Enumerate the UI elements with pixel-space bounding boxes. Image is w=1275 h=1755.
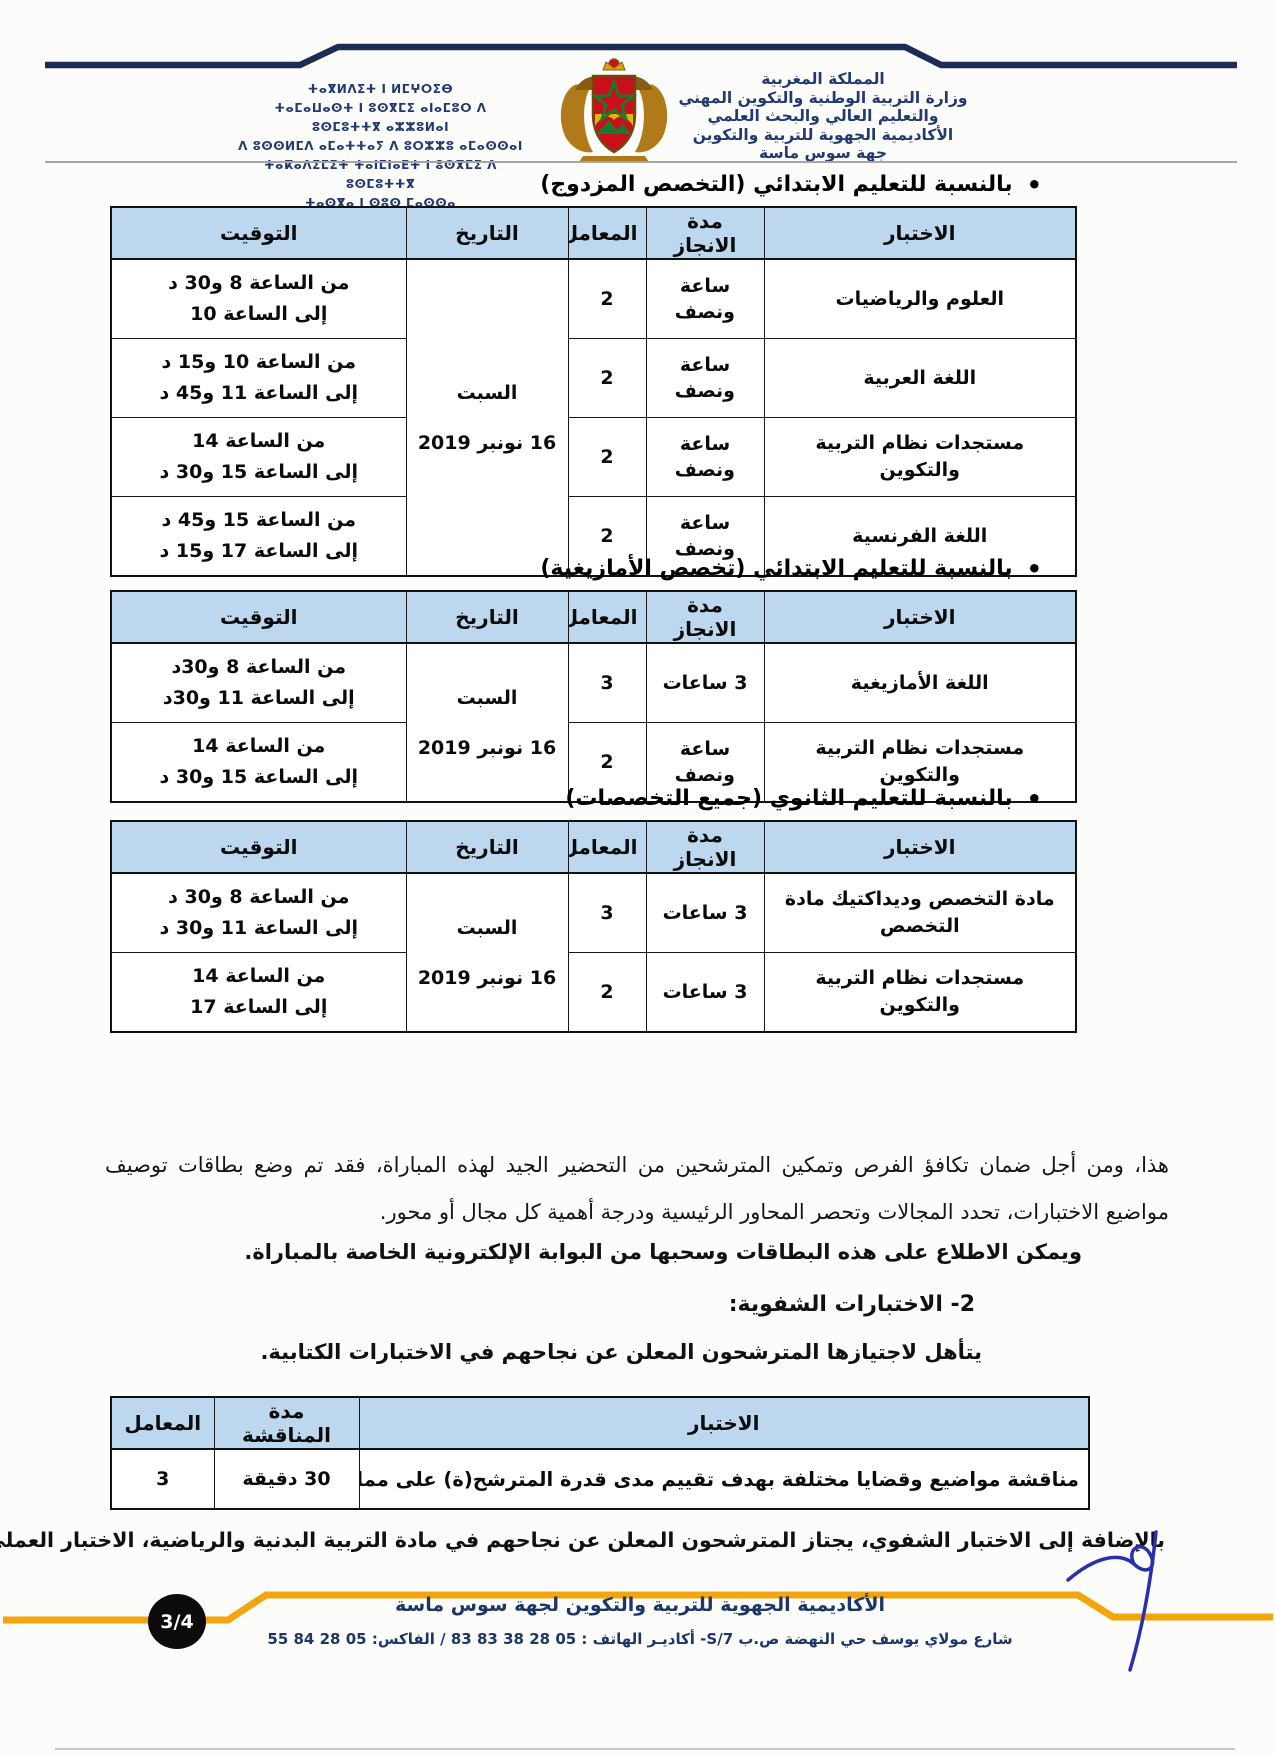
col-header-date: التاريخ xyxy=(406,207,568,259)
secondary-exam-table: الاختبار مدة الانجاز المعامل التاريخ الت… xyxy=(110,820,1077,1033)
date-cell: السبت 16 نونبر 2019 xyxy=(406,643,568,802)
bottom-scan-line xyxy=(55,1748,1235,1750)
time-cell: من الساعة 8 و30 د إلى الساعة 11 و30 د xyxy=(111,873,406,953)
exam-cell: اللغة الأمازيغية xyxy=(764,643,1076,723)
table-row: العلوم والرياضيات ساعة ونصف 2 السبت 16 ن… xyxy=(111,259,1076,339)
table-row: مناقشة مواضيع وقضايا مختلفة بهدف تقييم م… xyxy=(111,1449,1089,1509)
col-header-coef: المعامل xyxy=(568,821,646,873)
section-title-secondary: • بالنسبة للتعليم الثانوي (جميع التخصصات… xyxy=(565,786,1042,811)
coef-cell: 2 xyxy=(568,953,646,1033)
document-page: المملكة المغربية وزارة التربية الوطنية و… xyxy=(0,0,1275,1755)
time-cell: من الساعة 14 إلى الساعة 15 و30 د xyxy=(111,418,406,497)
ministry-header-tifinagh: ⵜⴰⴳⵍⴷⵉⵜ ⵏ ⵍⵎⵖⵔⵉⴱ ⵜⴰⵎⴰⵡⴰⵙⵜ ⵏ ⵓⵙⴳⵎⵉ ⴰⵏⴰⵎⵓⵔ… xyxy=(238,80,523,213)
ministry-line-tifinagh: ⵜⴰⴳⵍⴷⵉⵜ ⵏ ⵍⵎⵖⵔⵉⴱ xyxy=(238,80,523,99)
col-header-exam: الاختبار xyxy=(764,821,1076,873)
footer-academy-name: الأكاديمية الجهوية للتربية والتكوين لجهة… xyxy=(140,1594,1140,1616)
ministry-header-arabic: المملكة المغربية وزارة التربية الوطنية و… xyxy=(633,70,1013,163)
col-header-time: التوقيت xyxy=(111,821,406,873)
col-header-duration: مدة الانجاز xyxy=(646,821,764,873)
exam-cell: مادة التخصص وديداكتيك مادة التخصص xyxy=(764,873,1076,953)
oral-exams-heading: 2- الاختبارات الشفوية: xyxy=(729,1292,975,1317)
col-header-date: التاريخ xyxy=(406,821,568,873)
duration-cell: 30 دقيقة xyxy=(214,1449,359,1509)
practical-exam-note: بالإضافة إلى الاختبار الشفوي، يجتاز المت… xyxy=(0,1528,1165,1552)
duration-cell: ساعة ونصف xyxy=(646,259,764,339)
paragraph-exam-cards: هذا، ومن أجل ضمان تكافؤ الفرص وتمكين الم… xyxy=(105,1142,1169,1236)
ministry-line: المملكة المغربية xyxy=(633,70,1013,89)
table-row: مستجدات نظام التربية والتكوين 3 ساعات 2 … xyxy=(111,953,1076,1033)
oral-exam-table: الاختبار مدة المناقشة المعامل مناقشة موا… xyxy=(110,1396,1090,1510)
primary-amazigh-exam-table: الاختبار مدة الانجاز المعامل التاريخ الت… xyxy=(110,590,1077,803)
time-cell: من الساعة 10 و15 د إلى الساعة 11 و45 د xyxy=(111,339,406,418)
col-header-time: التوقيت xyxy=(111,591,406,643)
col-header-time: التوقيت xyxy=(111,207,406,259)
col-header-coef: المعامل xyxy=(568,207,646,259)
exam-cell: اللغة العربية xyxy=(764,339,1076,418)
col-header-coef: المعامل xyxy=(568,591,646,643)
primary-dual-exam-table: الاختبار مدة الانجاز المعامل التاريخ الت… xyxy=(110,206,1077,577)
section-title-text: بالنسبة للتعليم الثانوي (جميع التخصصات) xyxy=(565,786,1012,811)
duration-cell: ساعة ونصف xyxy=(646,418,764,497)
coef-cell: 3 xyxy=(568,873,646,953)
section-title-primary-amazigh: • بالنسبة للتعليم الابتدائي (تخصص الأماز… xyxy=(540,556,1042,581)
coef-cell: 2 xyxy=(568,418,646,497)
time-cell: من الساعة 8 و30د إلى الساعة 11 و30د xyxy=(111,643,406,723)
col-header-duration: مدة الانجاز xyxy=(646,591,764,643)
duration-cell: 3 ساعات xyxy=(646,873,764,953)
ministry-line-tifinagh: ⵜⴰⵎⴰⵡⴰⵙⵜ ⵏ ⵓⵙⴳⵎⵉ ⴰⵏⴰⵎⵓⵔ ⴷ ⵓⵙⵎⵓⵜⵜⴳ ⴰⵣⵣⵓⵍⴰ… xyxy=(238,99,523,137)
col-header-exam: الاختبار xyxy=(764,207,1076,259)
col-header-coef: المعامل xyxy=(111,1397,214,1449)
table-header-row: الاختبار مدة الانجاز المعامل التاريخ الت… xyxy=(111,821,1076,873)
exam-cell: مستجدات نظام التربية والتكوين xyxy=(764,418,1076,497)
col-header-discussion-duration: مدة المناقشة xyxy=(214,1397,359,1449)
table-row: اللغة العربية ساعة ونصف 2 من الساعة 10 و… xyxy=(111,339,1076,418)
table-row: اللغة الأمازيغية 3 ساعات 3 السبت 16 نونب… xyxy=(111,643,1076,723)
table-row: مستجدات نظام التربية والتكوين ساعة ونصف … xyxy=(111,418,1076,497)
ministry-line-tifinagh: ⴷ ⵓⵙⵙⵍⵎⴷ ⴰⵎⴰⵜⵜⴰⵢ ⴷ ⵓⵔⵣⵣⵓ ⴰⵎⴰⵙⵙⴰⵏ xyxy=(238,137,523,156)
section-title-primary-dual: • بالنسبة للتعليم الابتدائي (التخصص المز… xyxy=(540,172,1042,197)
exam-cell: العلوم والرياضيات xyxy=(764,259,1076,339)
exam-cell: مستجدات نظام التربية والتكوين xyxy=(764,953,1076,1033)
paragraph-portal: ويمكن الاطلاع على هذه البطاقات وسحبها من… xyxy=(244,1240,1082,1264)
coat-of-arms-logo xyxy=(553,56,675,162)
col-header-duration: مدة الانجاز xyxy=(646,207,764,259)
coef-cell: 3 xyxy=(568,643,646,723)
duration-cell: 3 ساعات xyxy=(646,953,764,1033)
page-number-badge: 3/4 xyxy=(148,1594,206,1649)
duration-cell: ساعة ونصف xyxy=(646,339,764,418)
col-header-exam: الاختبار xyxy=(764,591,1076,643)
ministry-line: الأكاديمية الجهوية للتربية والتكوين xyxy=(633,126,1013,145)
header-separator xyxy=(45,161,1237,163)
oral-exams-intro: يتأهل لاجتيازها المترشحون المعلن عن نجاح… xyxy=(260,1340,982,1364)
coef-cell: 3 xyxy=(111,1449,214,1509)
time-cell: من الساعة 14 إلى الساعة 15 و30 د xyxy=(111,723,406,803)
section-title-text: بالنسبة للتعليم الابتدائي (التخصص المزدو… xyxy=(540,172,1012,197)
time-cell: من الساعة 8 و30 د إلى الساعة 10 xyxy=(111,259,406,339)
date-cell: السبت 16 نونبر 2019 xyxy=(406,873,568,1032)
section-title-text: بالنسبة للتعليم الابتدائي (تخصص الأمازيغ… xyxy=(540,556,1012,581)
duration-cell: 3 ساعات xyxy=(646,643,764,723)
ministry-line: والتعليم العالي والبحث العلمي xyxy=(633,107,1013,126)
time-cell: من الساعة 15 و45 د إلى الساعة 17 و15 د xyxy=(111,497,406,577)
date-cell: السبت 16 نونبر 2019 xyxy=(406,259,568,576)
bullet-icon: • xyxy=(1027,788,1042,810)
bullet-icon: • xyxy=(1027,174,1042,196)
ministry-line: وزارة التربية الوطنية والتكوين المهني xyxy=(633,89,1013,108)
table-row: مادة التخصص وديداكتيك مادة التخصص 3 ساعا… xyxy=(111,873,1076,953)
ministry-line: جهة سوس ماسة xyxy=(633,144,1013,163)
coef-cell: 2 xyxy=(568,259,646,339)
exam-cell: مناقشة مواضيع وقضايا مختلفة بهدف تقييم م… xyxy=(359,1449,1089,1509)
coef-cell: 2 xyxy=(568,339,646,418)
footer-address-phone: شارع مولاي يوسف حي النهضة ص.ب 7/S- أكادي… xyxy=(140,1630,1140,1648)
table-header-row: الاختبار مدة الانجاز المعامل التاريخ الت… xyxy=(111,591,1076,643)
table-header-row: الاختبار مدة الانجاز المعامل التاريخ الت… xyxy=(111,207,1076,259)
col-header-date: التاريخ xyxy=(406,591,568,643)
bullet-icon: • xyxy=(1027,558,1042,580)
time-cell: من الساعة 14 إلى الساعة 17 xyxy=(111,953,406,1033)
col-header-exam: الاختبار xyxy=(359,1397,1089,1449)
signature-mark xyxy=(1058,1528,1208,1678)
table-header-row: الاختبار مدة المناقشة المعامل xyxy=(111,1397,1089,1449)
